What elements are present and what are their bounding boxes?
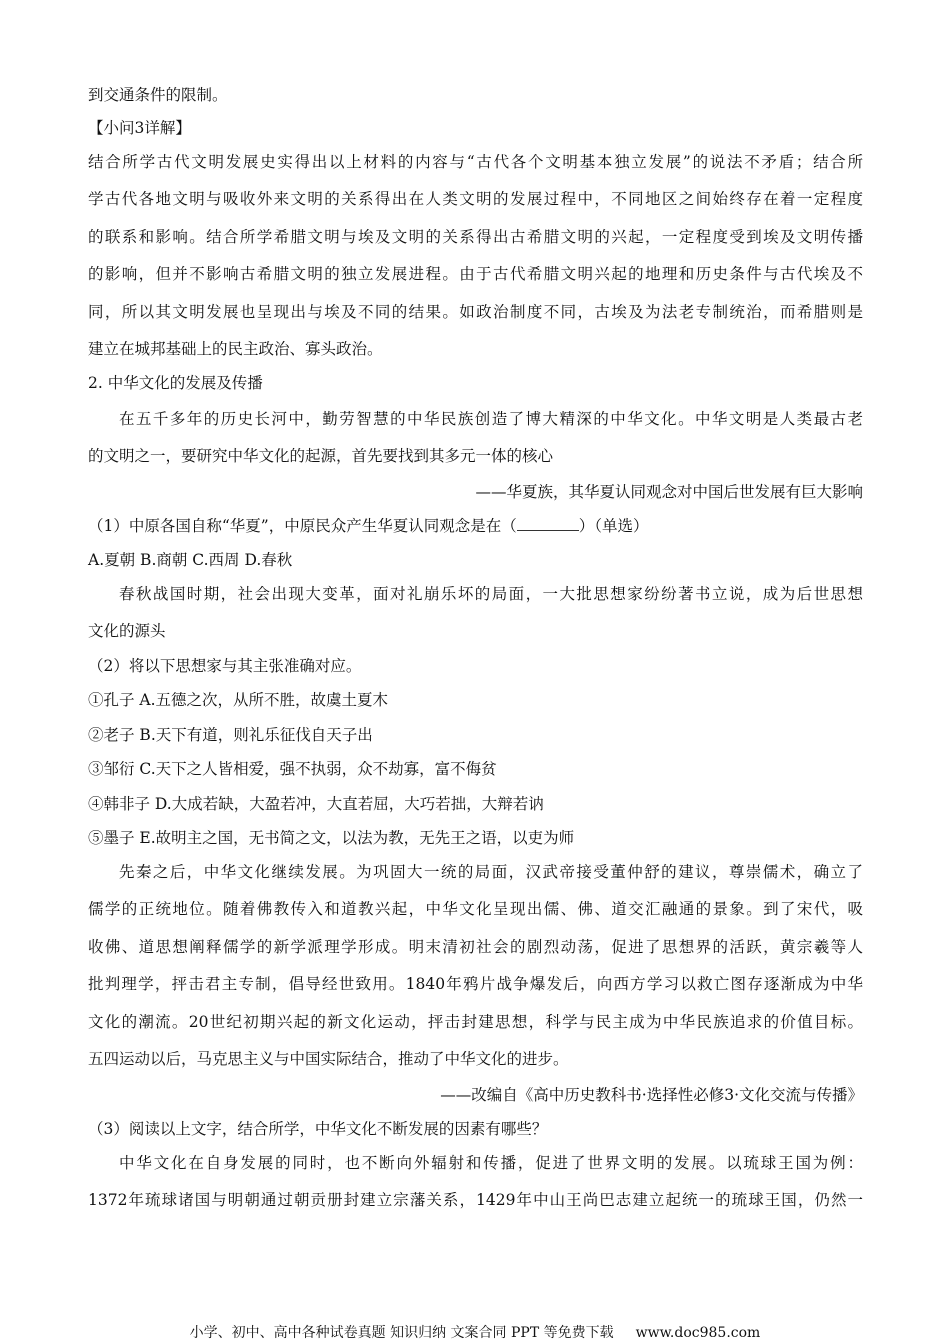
material-line: 1372年琉球诸国与明朝通过朝贡册封建立宗藩关系，1429年中山王尚巴志建立起统… <box>88 1190 863 1210</box>
material-line: 批判理学，抨击君主专制，倡导经世致用。1840年鸦片战争爆发后，向西方学习以救亡… <box>88 974 863 994</box>
question-heading: 2. 中华文化的发展及传播 <box>88 373 263 393</box>
paragraph-line: 的影响，但并不影响古希腊文明的独立发展进程。由于古代希腊文明兴起的地理和历史条件… <box>88 264 863 284</box>
paragraph-line: 建立在城邦基础上的民主政治、寡头政治。 <box>88 339 383 359</box>
material-line: 文化的源头 <box>88 621 166 641</box>
question-1-text: （1）中原各国自称“华夏”，中原民众产生华夏认同观念是在（ <box>88 517 517 535</box>
answer-blank[interactable] <box>517 516 579 531</box>
material-source: ——改编自《高中历史教科书·选择性必修3·文化交流与传播》 <box>440 1085 863 1105</box>
material-line: 五四运动以后，马克思主义与中国实际结合，推动了中华文化的进步。 <box>88 1049 569 1069</box>
material-line: 儒学的正统地位。随着佛教传入和道教兴起，中华文化呈现出儒、佛、道交汇融通的景象。… <box>88 899 863 919</box>
material-line: 在五千多年的历史长河中，勤劳智慧的中华民族创造了博大精深的中华文化。中华文明是人… <box>88 409 863 429</box>
section-heading: 【小问3详解】 <box>88 118 191 138</box>
match-item-5: ⑤墨子 E.故明主之国，无书简之文，以法为教，无先王之语，以吏为师 <box>88 828 574 848</box>
match-item-3: ③邹衍 C.天下之人皆相爱，强不执弱，众不劫寡，富不侮贫 <box>88 759 497 779</box>
paragraph-line: 学古代各地文明与吸收外来文明的关系得出在人类文明的发展过程中，不同地区之间始终存… <box>88 189 863 209</box>
match-item-2: ②老子 B.天下有道，则礼乐征伐自天子出 <box>88 725 373 745</box>
paragraph-line: 的联系和影响。结合所学希腊文明与埃及文明的关系得出古希腊文明的兴起，一定程度受到… <box>88 227 863 247</box>
material-line: 中华文化在自身发展的同时，也不断向外辐射和传播，促进了世界文明的发展。以琉球王国… <box>88 1153 863 1173</box>
material-line: 的文明之一，要研究中华文化的起源，首先要找到其多元一体的核心 <box>88 446 553 466</box>
page-footer: 小学、初中、高中各种试卷真题 知识归纳 文案合同 PPT 等免费下载www.do… <box>0 1322 950 1342</box>
question-1-suffix: ）（单选） <box>579 517 649 535</box>
material-line: 文化的潮流。20世纪初期兴起的新文化运动，抨击封建思想，科学与民主成为中华民族追… <box>88 1012 863 1032</box>
footer-url[interactable]: www.doc985.com <box>636 1325 761 1341</box>
paragraph-line: 同，所以其文明发展也呈现出与埃及不同的结果。如政治制度不同，古埃及为法老专制统治… <box>88 302 863 322</box>
material-line: 先秦之后，中华文化继续发展。为巩固大一统的局面，汉武帝接受董仲舒的建议，尊崇儒术… <box>88 862 863 882</box>
match-item-4: ④韩非子 D.大成若缺，大盈若冲，大直若屈，大巧若拙，大辩若讷 <box>88 794 544 814</box>
footer-text: 小学、初中、高中各种试卷真题 知识归纳 文案合同 PPT 等免费下载 <box>190 1325 614 1341</box>
paragraph-line: 到交通条件的限制。 <box>88 85 228 105</box>
match-item-1: ①孔子 A.五德之次，从所不胜，故虞土夏木 <box>88 690 388 710</box>
material-source: ——华夏族，其华夏认同观念对中国后世发展有巨大影响 <box>475 482 863 502</box>
question-1-options: A.夏朝 B.商朝 C.西周 D.春秋 <box>88 550 292 570</box>
material-line: 春秋战国时期，社会出现大变革，面对礼崩乐坏的局面，一大批思想家纷纷著书立说，成为… <box>88 584 863 604</box>
question-2: （2）将以下思想家与其主张准确对应。 <box>88 656 361 676</box>
material-line: 收佛、道思想阐释儒学的新学派理学形成。明末清初社会的剧烈动荡，促进了思想界的活跃… <box>88 937 863 957</box>
question-3: （3）阅读以上文字，结合所学，中华文化不断发展的因素有哪些？ <box>88 1119 547 1139</box>
question-1: （1）中原各国自称“华夏”，中原民众产生华夏认同观念是在（）（单选） <box>88 516 648 536</box>
paragraph-line: 结合所学古代文明发展史实得出以上材料的内容与“古代各个文明基本独立发展”的说法不… <box>88 152 863 172</box>
